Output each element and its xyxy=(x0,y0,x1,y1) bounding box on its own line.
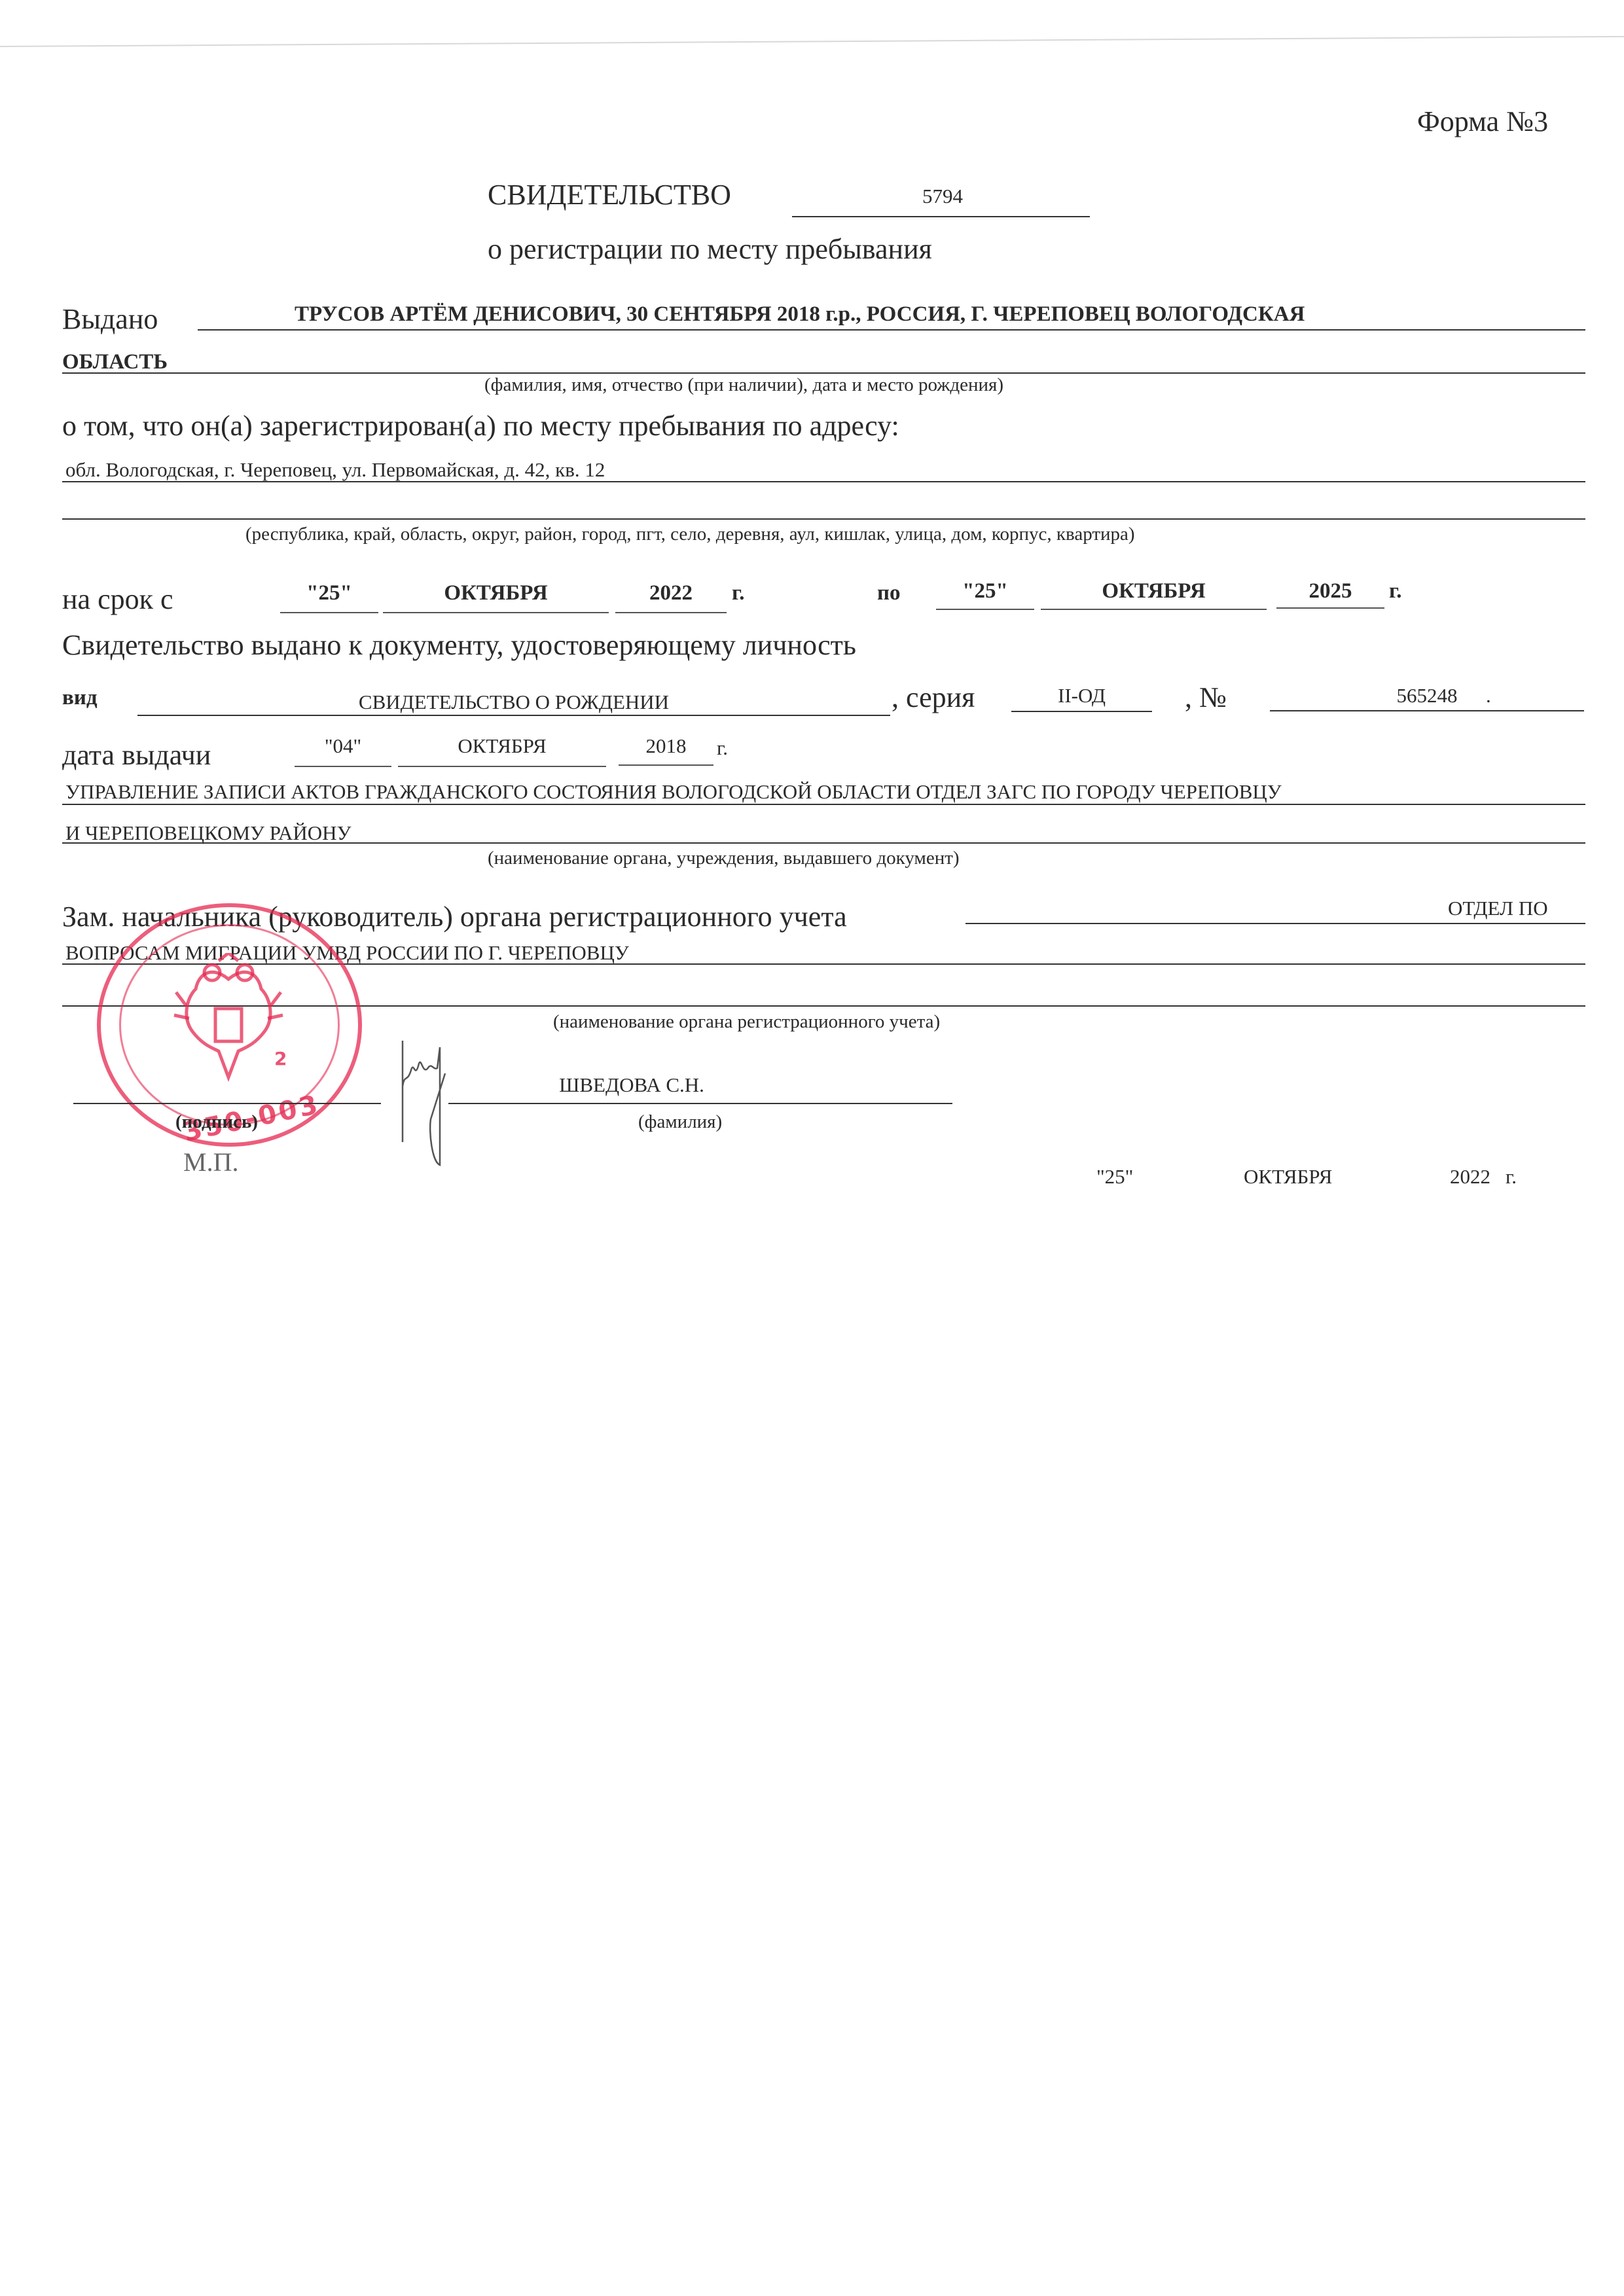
issue-date-month: ОКТЯБРЯ xyxy=(1244,1165,1332,1189)
surname-rule xyxy=(448,1103,952,1104)
period-to-month: ОКТЯБРЯ xyxy=(1041,579,1267,603)
id-type-rule xyxy=(137,715,890,716)
issuer-caption: (наименование органа, учреждения, выдавш… xyxy=(488,848,960,869)
period-from-label: на срок с xyxy=(62,583,173,616)
period-from-year-rule xyxy=(615,612,727,613)
issued-to-line2: ОБЛАСТЬ xyxy=(62,350,168,374)
issue-month-rule xyxy=(398,766,606,767)
issued-to-label: Выдано xyxy=(62,302,158,336)
period-to-month-rule xyxy=(1041,609,1267,610)
id-number-label: , № xyxy=(1185,681,1227,714)
issued-to-caption: (фамилия, имя, отчество (при наличии), д… xyxy=(484,374,1003,396)
issue-month: ОКТЯБРЯ xyxy=(398,734,606,758)
scan-edge-line xyxy=(0,36,1624,47)
period-to-year: 2025 xyxy=(1276,579,1384,603)
coat-of-arms-icon xyxy=(173,953,284,1090)
id-number-suffix: . xyxy=(1486,684,1491,708)
issuer-line1-rule xyxy=(62,804,1585,805)
issued-to-line1-rule xyxy=(198,329,1585,331)
period-to-day: "25" xyxy=(936,579,1034,603)
period-from-day: "25" xyxy=(280,581,378,605)
id-series-value: II-ОД xyxy=(1011,684,1152,708)
id-document-intro: Свидетельство выдано к документу, удосто… xyxy=(62,628,856,662)
issue-day-rule xyxy=(295,766,391,767)
issue-date-year: 2022 xyxy=(1450,1165,1490,1189)
period-to-label: по xyxy=(877,581,901,605)
issue-date-label: дата выдачи xyxy=(62,738,211,772)
signature-caption: (подпись) xyxy=(175,1111,258,1133)
certificate-number: 5794 xyxy=(795,185,1090,208)
period-from-month: ОКТЯБРЯ xyxy=(383,581,609,605)
issue-day: "04" xyxy=(295,734,391,758)
surname-caption: (фамилия) xyxy=(638,1111,722,1133)
issue-year-rule xyxy=(619,764,713,766)
address-label: о том, что он(а) зарегистрирован(а) по м… xyxy=(62,409,899,442)
address-line2-rule xyxy=(62,518,1585,520)
period-from-day-rule xyxy=(280,612,378,613)
issue-date-day: "25" xyxy=(1096,1165,1133,1189)
issuer-line1: УПРАВЛЕНИЕ ЗАПИСИ АКТОВ ГРАЖДАНСКОГО СОС… xyxy=(65,780,1282,804)
address-caption: (республика, край, область, округ, район… xyxy=(245,524,1135,545)
address-line1-rule xyxy=(62,481,1585,482)
issued-to-line1: ТРУСОВ АРТЁМ ДЕНИСОВИЧ, 30 СЕНТЯБРЯ 2018… xyxy=(295,302,1305,327)
id-number-value: 565248 xyxy=(1270,684,1584,708)
period-to-year-rule xyxy=(1276,607,1384,609)
certificate-number-line xyxy=(792,216,1090,217)
seal-label: М.П. xyxy=(183,1147,238,1177)
document-subtitle: о регистрации по месту пребывания xyxy=(488,232,932,266)
issued-to-line2-rule xyxy=(62,372,1585,374)
signer-surname: ШВЕДОВА С.Н. xyxy=(448,1073,815,1097)
document-title: СВИДЕТЕЛЬСТВО xyxy=(488,178,731,211)
registration-authority-line1-rule xyxy=(965,923,1585,924)
period-from-year-suffix: г. xyxy=(732,581,745,605)
id-type-value: СВИДЕТЕЛЬСТВО О РОЖДЕНИИ xyxy=(137,691,890,714)
period-from-year: 2022 xyxy=(615,581,727,605)
address-line1: обл. Вологодская, г. Череповец, ул. Перв… xyxy=(65,458,605,482)
registration-authority-caption: (наименование органа регистрационного уч… xyxy=(553,1011,940,1033)
issue-date-suffix: г. xyxy=(1506,1165,1517,1189)
form-number: Форма №3 xyxy=(1417,105,1548,138)
issuer-line2-rule xyxy=(62,842,1585,844)
id-type-label: вид xyxy=(62,686,98,710)
official-stamp: 2 350-003 xyxy=(97,903,362,1147)
period-from-month-rule xyxy=(383,612,609,613)
signature-rule xyxy=(73,1103,381,1104)
issue-year: 2018 xyxy=(619,734,713,758)
id-number-rule xyxy=(1270,710,1584,711)
id-series-rule xyxy=(1011,711,1152,712)
issuer-line2: И ЧЕРЕПОВЕЦКОМУ РАЙОНУ xyxy=(65,821,352,845)
period-to-year-suffix: г. xyxy=(1389,579,1402,603)
issue-year-suffix: г. xyxy=(717,736,728,760)
id-series-label: , серия xyxy=(892,681,975,714)
stamp-mark: 2 xyxy=(274,1048,287,1069)
period-to-day-rule xyxy=(936,609,1034,610)
registration-authority-line1: ОТДЕЛ ПО xyxy=(1448,897,1548,920)
